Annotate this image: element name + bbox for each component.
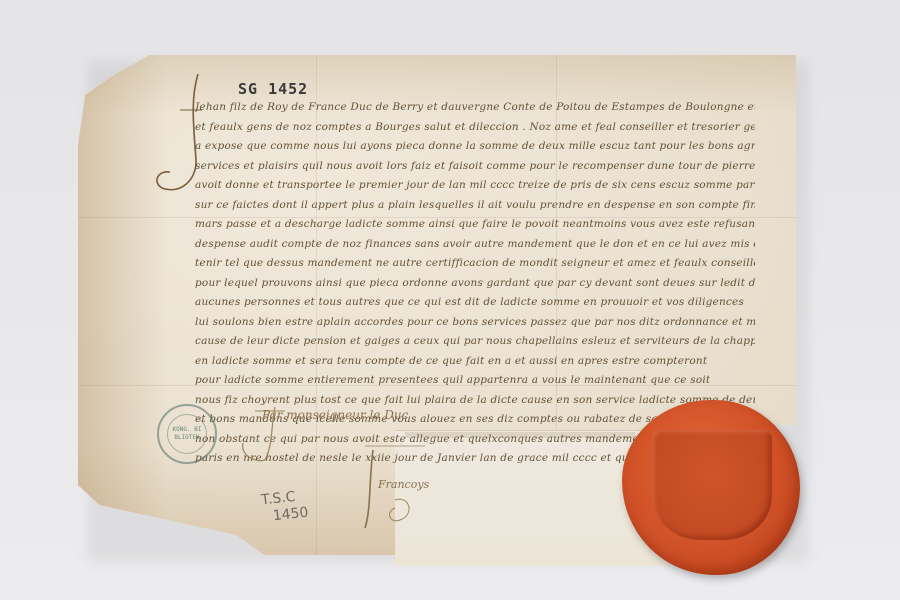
- text-line: en ladicte somme et sera tenu compte de …: [195, 352, 755, 372]
- text-line: cause de leur dicte pension et gaiges a …: [195, 332, 755, 352]
- text-line: services et plaisirs quil nous avoit lor…: [195, 157, 755, 177]
- text-line: pour lequel prouvons ainsi que pieca ord…: [195, 274, 755, 294]
- text-line: aucunes personnes et tous autres que ce …: [195, 293, 755, 313]
- text-line: avoit donne et transportee le premier jo…: [195, 176, 755, 196]
- photo-scene: SG 1452 Jehan filz de Roy de France Duc …: [0, 0, 900, 600]
- text-line: sur ce faictes dont il appert plus a pla…: [195, 196, 755, 216]
- text-line: mars passe et a descharge ladicte somme …: [195, 215, 755, 235]
- text-line: lui soulons bien estre aplain accordes p…: [195, 313, 755, 333]
- text-line: a expose que comme nous lui ayons pieca …: [195, 137, 755, 157]
- stamp-text: KONG. BI BLIOTEK: [159, 426, 215, 442]
- text-line: pour ladicte somme entierement presentee…: [195, 371, 755, 391]
- text-line: tenir tel que dessus mandement ne autre …: [195, 254, 755, 274]
- pencil-annotation: T.S.C 1450: [260, 488, 309, 527]
- signature-flourish-icon: [235, 405, 305, 465]
- text-line: despense audit compte de noz finances sa…: [195, 235, 755, 255]
- shelfmark-label: SG 1452: [238, 80, 308, 98]
- seal-heraldic-shield: [652, 430, 772, 540]
- library-ownership-stamp: KONG. BI BLIOTEK: [157, 404, 217, 464]
- text-line: Jehan filz de Roy de France Duc de Berry…: [195, 98, 755, 118]
- secretary-paraph-icon: [355, 440, 435, 530]
- text-line: et feaulx gens de noz comptes a Bourges …: [195, 118, 755, 138]
